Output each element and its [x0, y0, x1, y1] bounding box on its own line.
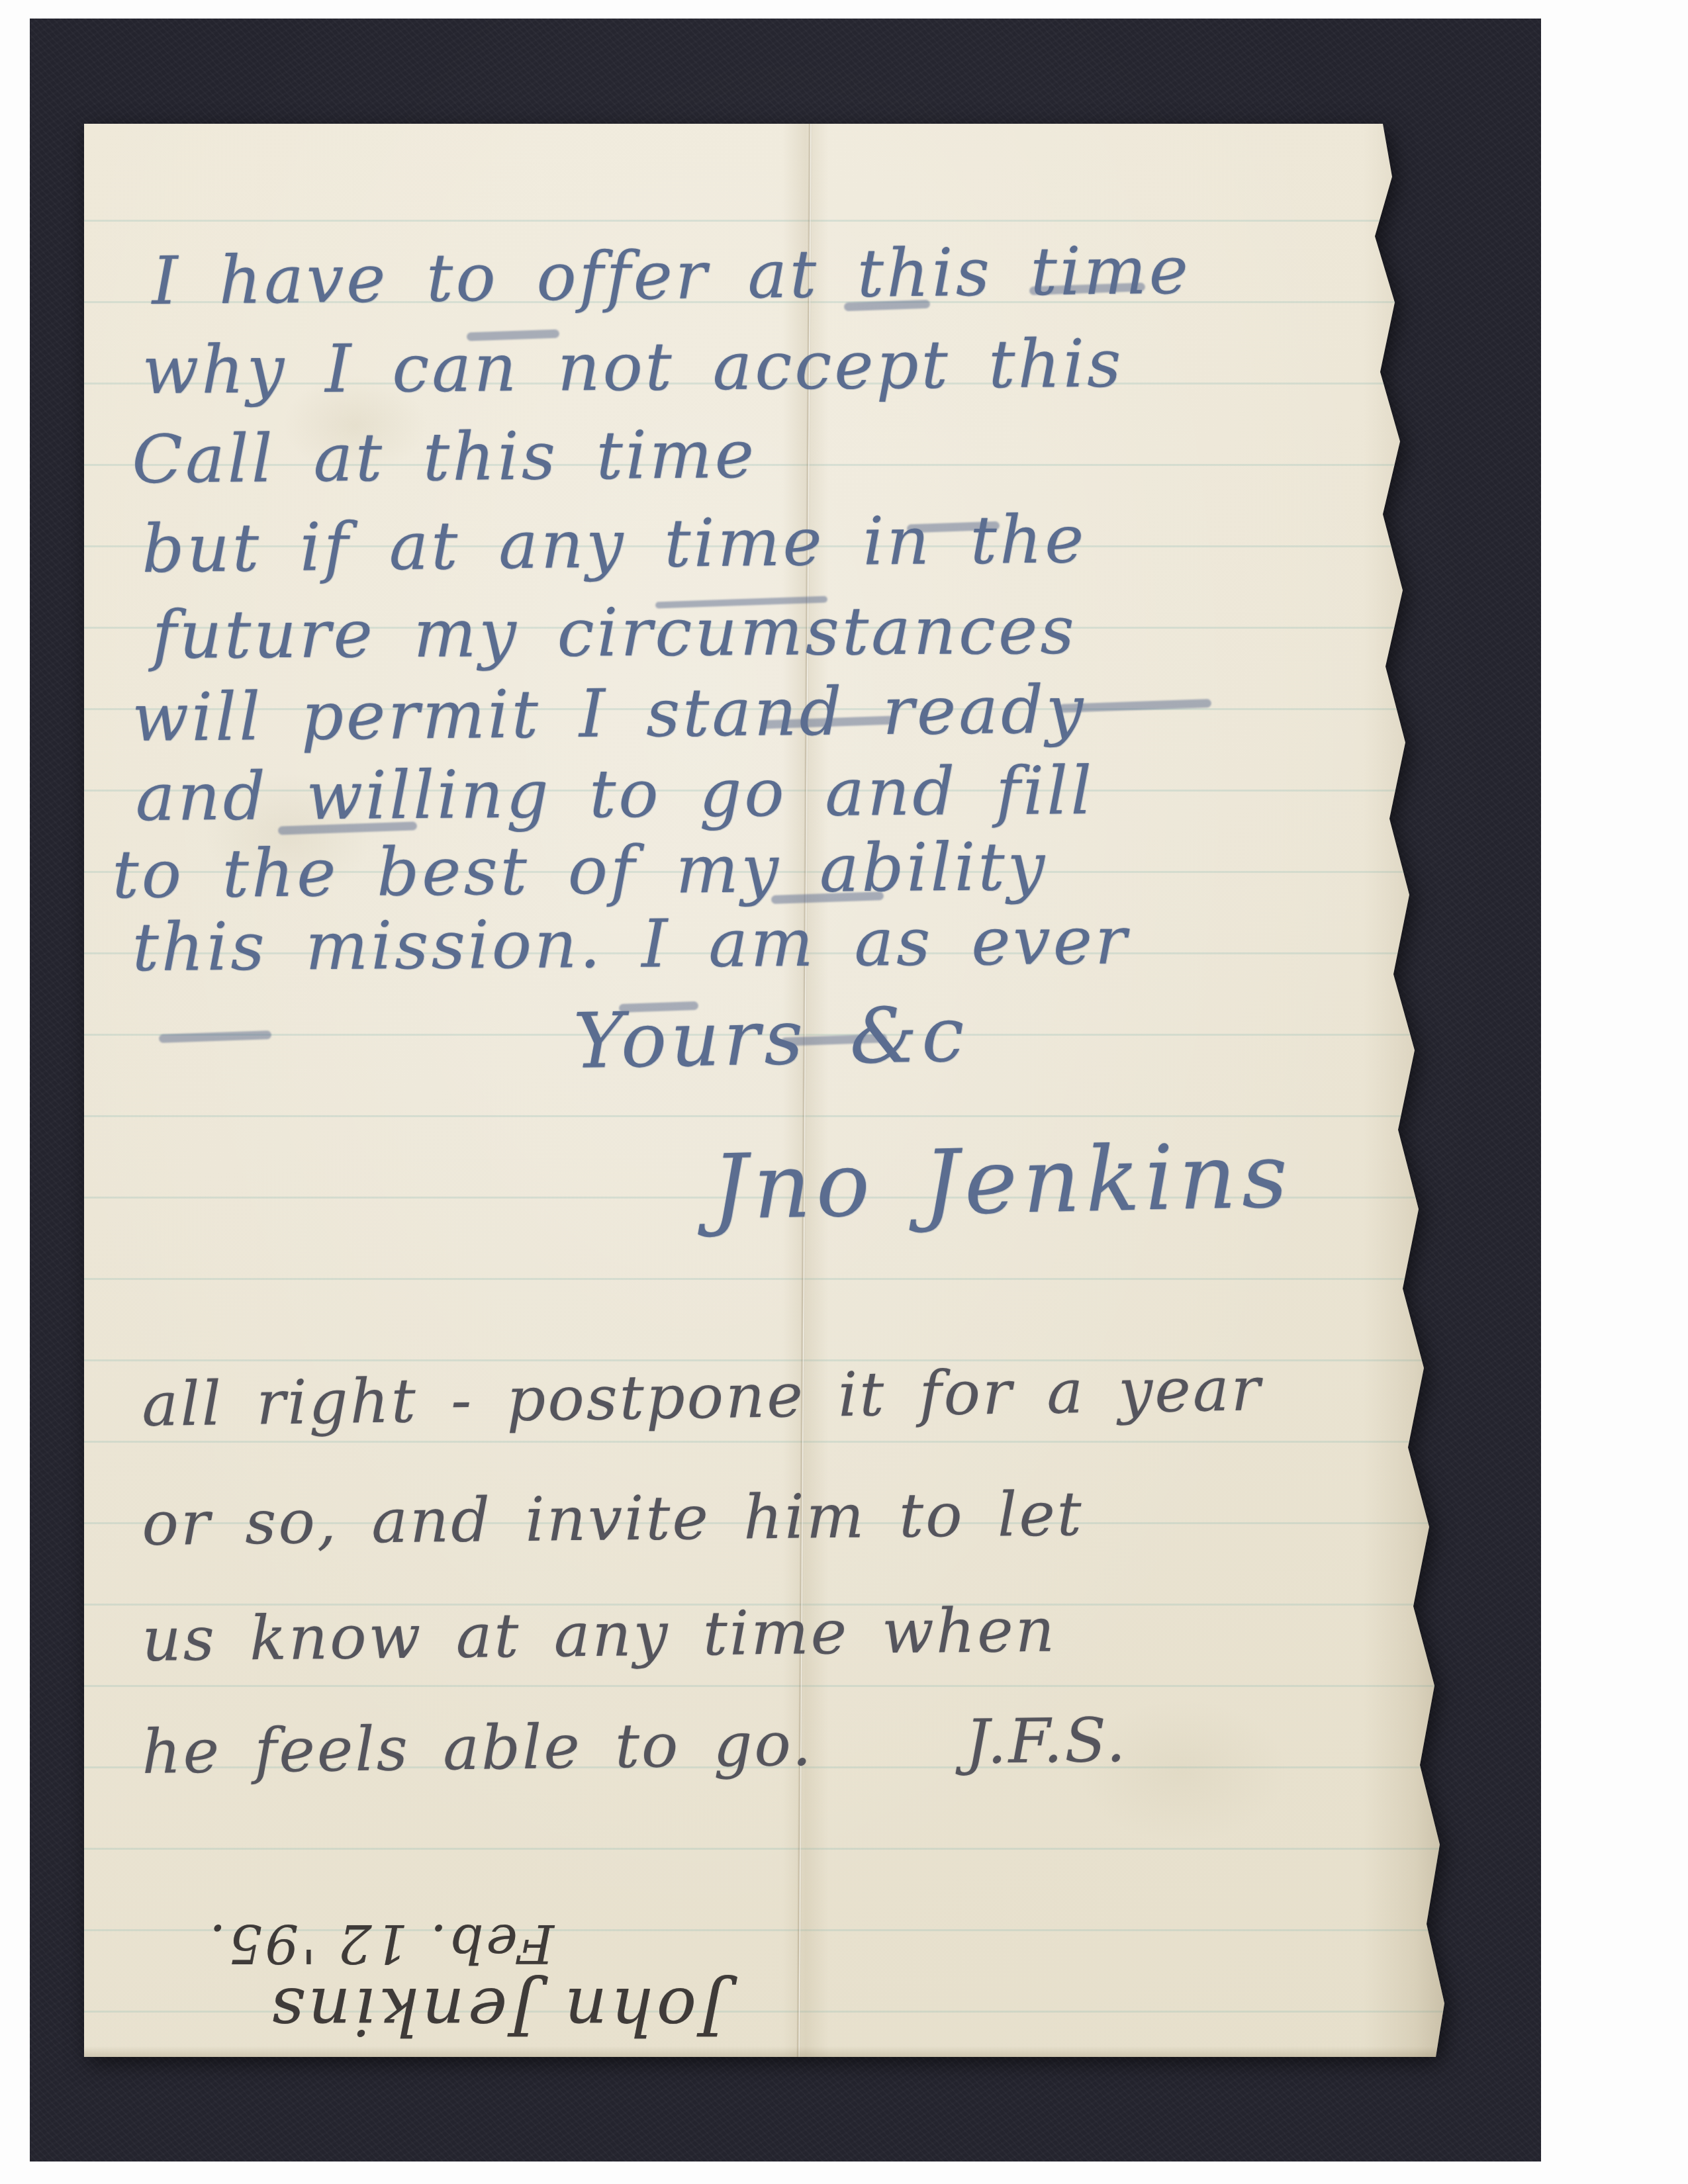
letter-line: to the best of my ability — [112, 834, 1047, 908]
letter-signature: Jno Jenkins — [711, 1131, 1293, 1232]
letter-line: this mission. I am as ever — [132, 907, 1129, 981]
postscript-line: us know at any time when — [142, 1600, 1056, 1670]
postscript-line: he feels able to go.J.F.S. — [142, 1710, 1128, 1783]
endorsement-name: John Jenkins — [183, 1974, 726, 2050]
postscript-line: all right - postpone it for a year — [142, 1359, 1262, 1435]
letter-sheet: I have to offer at this time why I can n… — [84, 124, 1449, 2057]
letter-line: but if at any time in the — [142, 506, 1087, 582]
letter-sheet-wrapper: I have to offer at this time why I can n… — [84, 124, 1449, 2057]
letter-line: and willing to go and fill — [135, 758, 1094, 831]
letter-line: Call at this time — [132, 422, 757, 493]
letter-line: I have to offer at this time — [152, 238, 1191, 314]
endorsement-rotated: John Jenkins Feb. 12 '95. — [183, 1851, 726, 2050]
postscript-text: he feels able to go. — [142, 1709, 814, 1788]
postscript-initials: J.F.S. — [965, 1710, 1128, 1773]
endorsement-date: Feb. 12 '95. — [183, 1913, 554, 1974]
letter-closing: Yours &c — [573, 997, 968, 1080]
letter-line: will permit I stand ready — [132, 676, 1086, 751]
postscript-line: or so, and invite him to let — [142, 1484, 1084, 1555]
letter-line: future my circumstances — [152, 598, 1076, 668]
letter-line: why I can not accept this — [142, 331, 1123, 404]
torn-edge — [1363, 124, 1449, 2057]
